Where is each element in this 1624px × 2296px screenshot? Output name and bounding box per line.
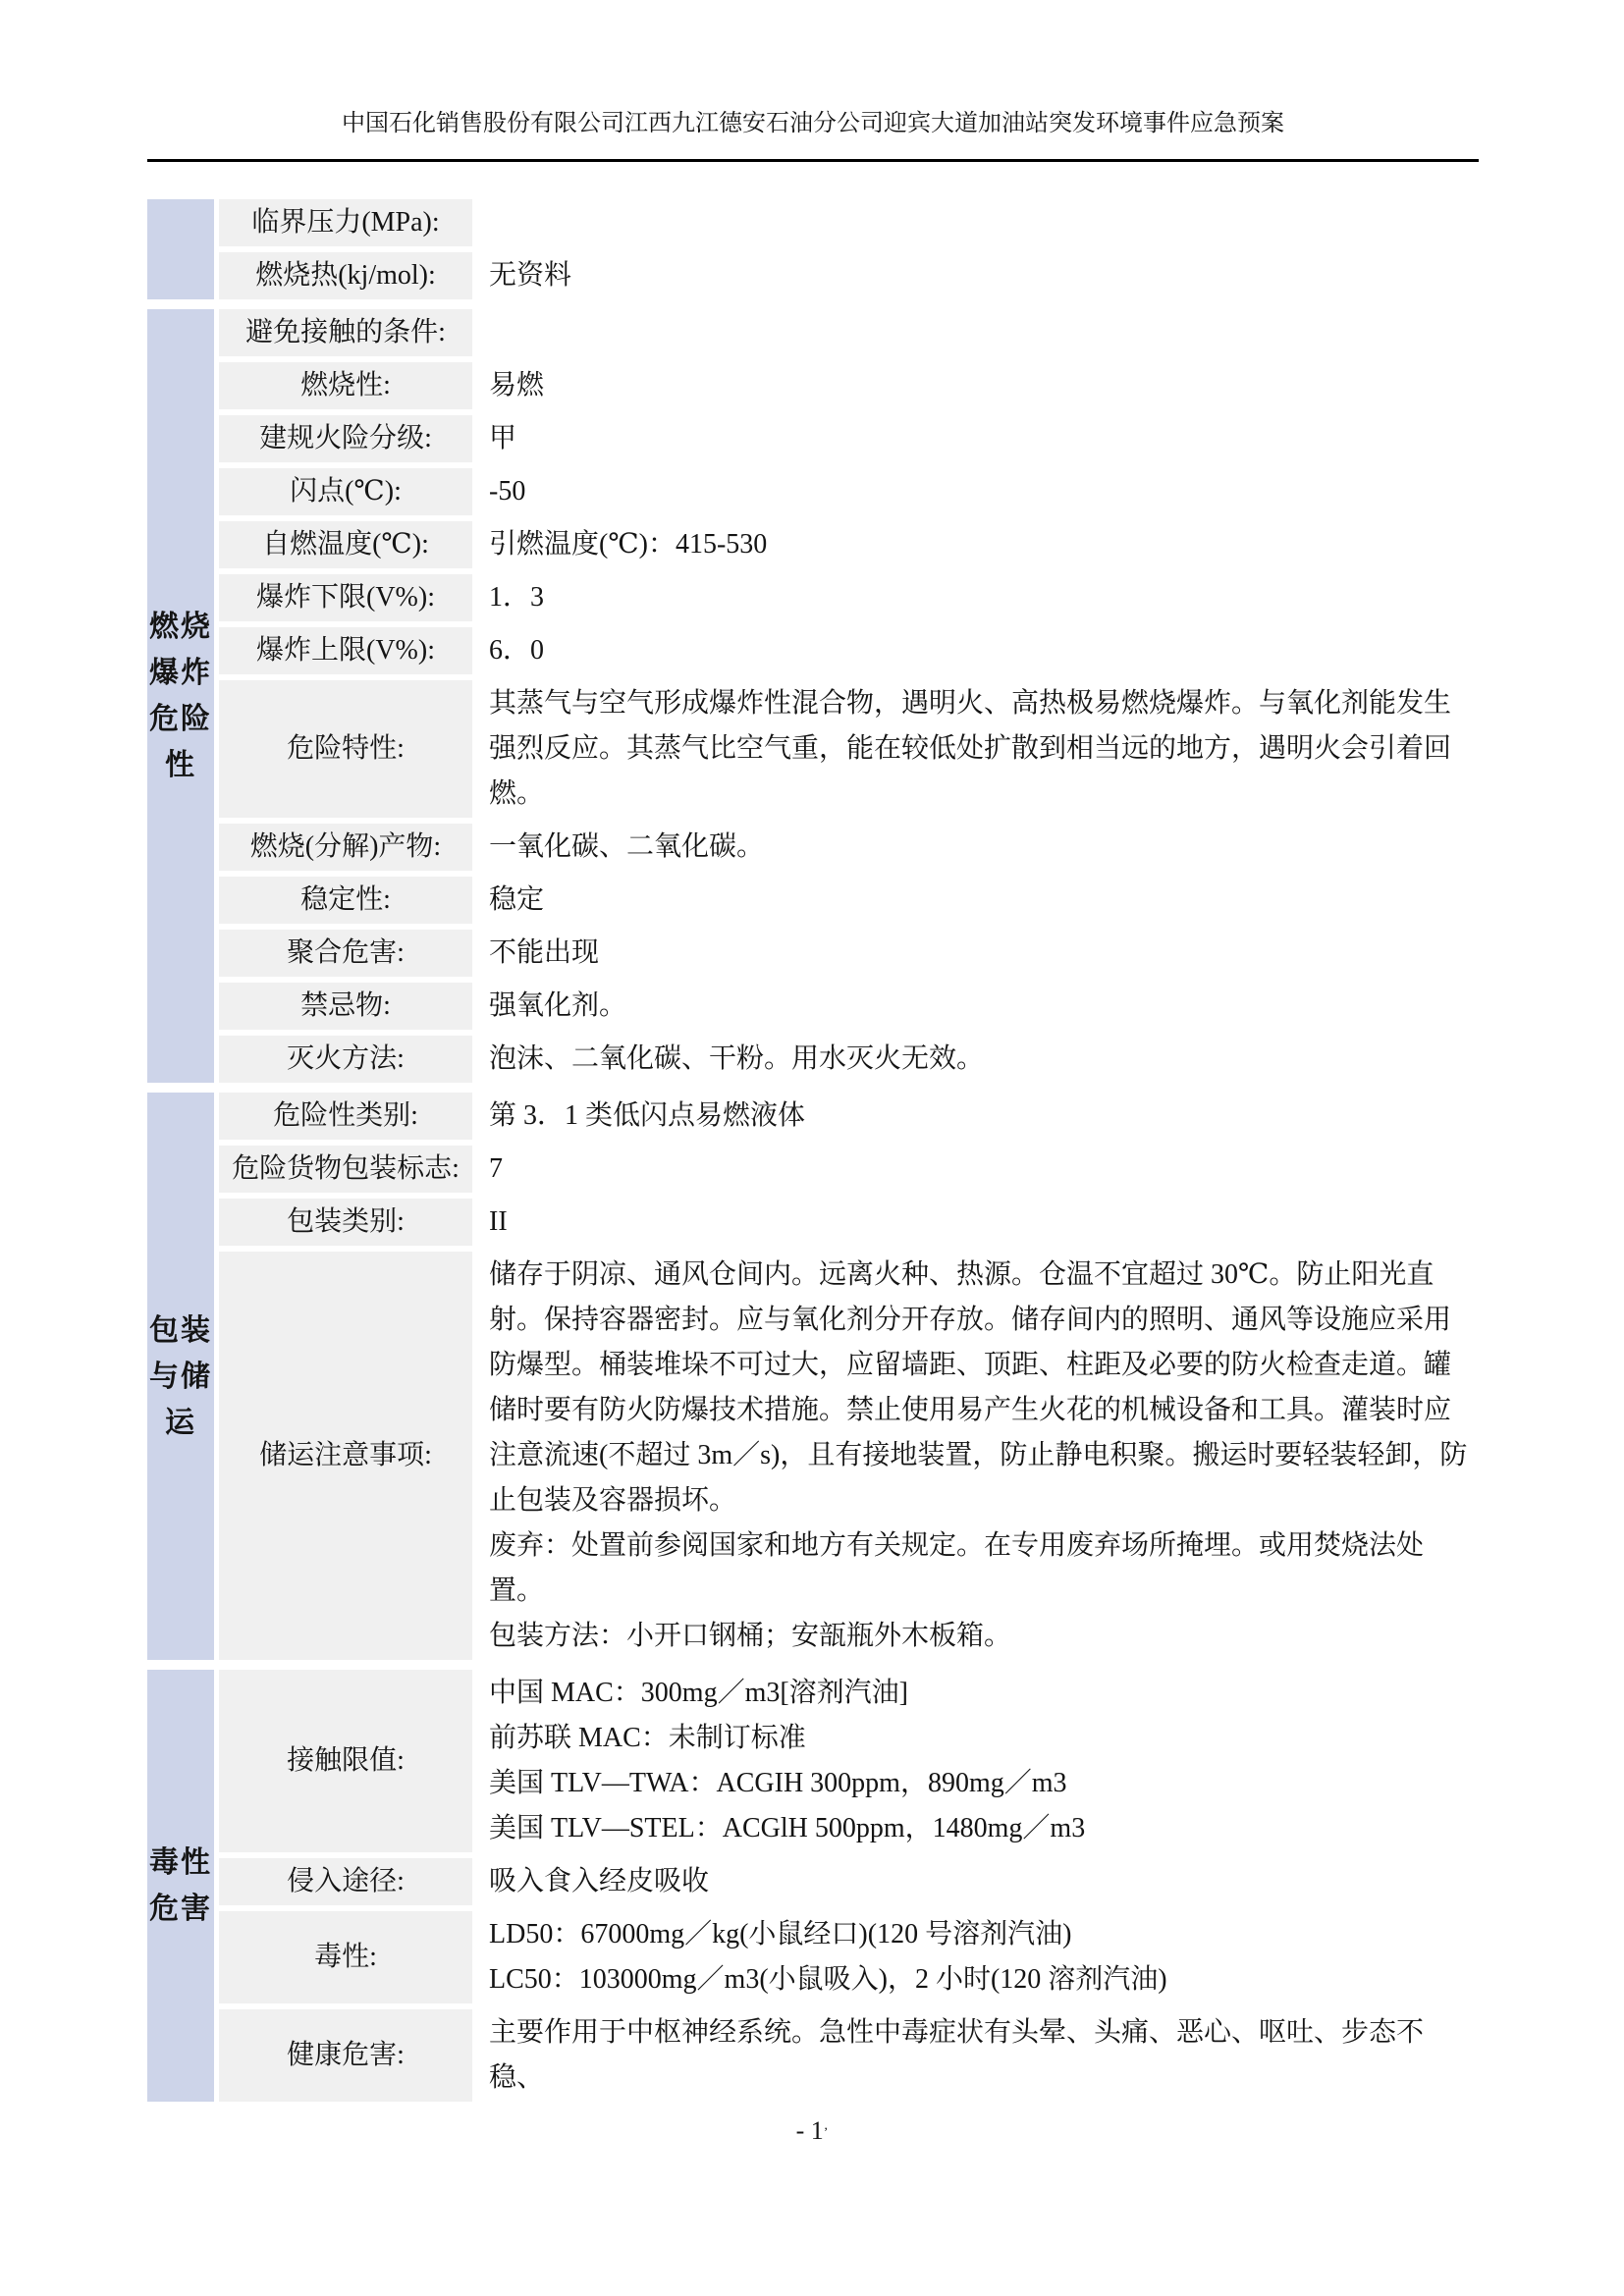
table-row: 燃烧性:易燃 [219, 362, 1479, 409]
row-value-line: 稳定 [489, 878, 1473, 923]
row-value-line: 储存于阴凉、通风仓间内。远离火种、热源。仓温不宜超过 30℃。防止阳光直射。保持… [489, 1253, 1473, 1523]
row-value: 主要作用于中枢神经系统。急性中毒症状有头晕、头痛、恶心、呕吐、步态不稳、 [472, 2009, 1479, 2102]
section-rows: 接触限值:中国 MAC：300mg／m3[溶剂汽油]前苏联 MAC：未制订标准美… [219, 1670, 1479, 2102]
row-value-line: -50 [489, 469, 1473, 514]
table-row: 燃烧热(kj/mol):无资料 [219, 252, 1479, 299]
section-category-line: 危害 [149, 1886, 212, 1932]
row-value-line: LD50：67000mg／kg(小鼠经口)(120 号溶剂汽油) [489, 1912, 1473, 1957]
row-label: 建规火险分级: [219, 415, 472, 462]
row-value-line: 美国 TLV—STEL：ACGlH 500ppm，1480mg／m3 [489, 1806, 1473, 1851]
msds-table: 临界压力(MPa):燃烧热(kj/mol):无资料燃烧爆炸危险性避免接触的条件:… [147, 199, 1479, 2102]
row-value-line: 其蒸气与空气形成爆炸性混合物，遇明火、高热极易燃烧爆炸。与氧化剂能发生强烈反应。… [489, 681, 1473, 817]
row-value: 不能出现 [472, 930, 1479, 977]
table-row: 危险性类别:第 3．1 类低闪点易燃液体 [219, 1093, 1479, 1140]
table-row: 危险特性:其蒸气与空气形成爆炸性混合物，遇明火、高热极易燃烧爆炸。与氧化剂能发生… [219, 680, 1479, 818]
row-value-line: 前苏联 MAC：未制订标准 [489, 1716, 1473, 1761]
section-category-line: 与储 [149, 1354, 212, 1400]
section-category-cell: 毒性危害 [147, 1670, 214, 2102]
table-row: 接触限值:中国 MAC：300mg／m3[溶剂汽油]前苏联 MAC：未制订标准美… [219, 1670, 1479, 1852]
row-label: 储运注意事项: [219, 1252, 472, 1660]
row-value: 第 3．1 类低闪点易燃液体 [472, 1093, 1479, 1140]
page-footer: - 1‚ [0, 2116, 1624, 2146]
table-row: 健康危害:主要作用于中枢神经系统。急性中毒症状有头晕、头痛、恶心、呕吐、步态不稳… [219, 2009, 1479, 2102]
row-value-line: 甲 [489, 416, 1473, 461]
row-value-line: 引燃温度(℃)：415-530 [489, 522, 1473, 567]
row-label: 稳定性: [219, 877, 472, 924]
row-value-line: 主要作用于中枢神经系统。急性中毒症状有头晕、头痛、恶心、呕吐、步态不稳、 [489, 2010, 1473, 2101]
row-value-line: 强氧化剂。 [489, 984, 1473, 1029]
table-row: 爆炸下限(V%):1．3 [219, 574, 1479, 621]
section-rows: 避免接触的条件:燃烧性:易燃建规火险分级:甲闪点(℃):-50自燃温度(℃):引… [219, 309, 1479, 1083]
table-section: 毒性危害接触限值:中国 MAC：300mg／m3[溶剂汽油]前苏联 MAC：未制… [147, 1670, 1479, 2102]
row-label: 闪点(℃): [219, 468, 472, 515]
row-value-line: 6．0 [489, 628, 1473, 673]
row-value-line: 中国 MAC：300mg／m3[溶剂汽油] [489, 1671, 1473, 1716]
row-value-line: 包装方法：小开口钢桶；安瓿瓶外木板箱。 [489, 1614, 1473, 1659]
document-header-title: 中国石化销售股份有限公司江西九江德安石油分公司迎宾大道加油站突发环境事件应急预案 [147, 108, 1479, 139]
row-value: 稳定 [472, 877, 1479, 924]
document-page: 中国石化销售股份有限公司江西九江德安石油分公司迎宾大道加油站突发环境事件应急预案… [0, 0, 1624, 2296]
table-row: 毒性:LD50：67000mg／kg(小鼠经口)(120 号溶剂汽油)LC50：… [219, 1911, 1479, 2003]
row-value: 泡沫、二氧化碳、干粉。用水灭火无效。 [472, 1036, 1479, 1083]
row-label: 侵入途径: [219, 1858, 472, 1905]
row-value: 吸入食入经皮吸收 [472, 1858, 1479, 1905]
table-row: 稳定性:稳定 [219, 877, 1479, 924]
row-label: 避免接触的条件: [219, 309, 472, 356]
page-number-trailing-mark: ‚ [824, 2118, 829, 2133]
table-row: 聚合危害:不能出现 [219, 930, 1479, 977]
row-value-line: II [489, 1200, 1473, 1245]
row-value: -50 [472, 468, 1479, 515]
row-label: 健康危害: [219, 2009, 472, 2102]
row-label: 爆炸下限(V%): [219, 574, 472, 621]
row-value: 引燃温度(℃)：415-530 [472, 521, 1479, 568]
table-row: 爆炸上限(V%):6．0 [219, 627, 1479, 674]
table-row: 危险货物包装标志:7 [219, 1146, 1479, 1193]
table-section: 临界压力(MPa):燃烧热(kj/mol):无资料 [147, 199, 1479, 299]
row-label: 包装类别: [219, 1199, 472, 1246]
section-category-cell: 燃烧爆炸危险性 [147, 309, 214, 1083]
table-row: 侵入途径:吸入食入经皮吸收 [219, 1858, 1479, 1905]
page-number: - 1 [796, 2116, 824, 2145]
row-value: 甲 [472, 415, 1479, 462]
row-label: 灭火方法: [219, 1036, 472, 1083]
section-category-cell: 包装与储运 [147, 1093, 214, 1660]
table-row: 自燃温度(℃):引燃温度(℃)：415-530 [219, 521, 1479, 568]
row-label: 爆炸上限(V%): [219, 627, 472, 674]
row-label: 毒性: [219, 1911, 472, 2003]
section-rows: 临界压力(MPa):燃烧热(kj/mol):无资料 [219, 199, 1479, 299]
table-section: 包装与储运危险性类别:第 3．1 类低闪点易燃液体危险货物包装标志:7包装类别:… [147, 1093, 1479, 1660]
row-label: 接触限值: [219, 1670, 472, 1852]
row-value: 1．3 [472, 574, 1479, 621]
row-label: 禁忌物: [219, 983, 472, 1030]
row-value-line: LC50：103000mg／m3(小鼠吸入)，2 小时(120 溶剂汽油) [489, 1957, 1473, 2002]
row-value-line: 美国 TLV—TWA：ACGIH 300ppm，890mg／m3 [489, 1761, 1473, 1806]
row-value-line: 不能出现 [489, 931, 1473, 976]
row-value: 易燃 [472, 362, 1479, 409]
row-value-line: 易燃 [489, 363, 1473, 408]
row-value: 其蒸气与空气形成爆炸性混合物，遇明火、高热极易燃烧爆炸。与氧化剂能发生强烈反应。… [472, 680, 1479, 818]
row-value: LD50：67000mg／kg(小鼠经口)(120 号溶剂汽油)LC50：103… [472, 1911, 1479, 2003]
row-value: 强氧化剂。 [472, 983, 1479, 1030]
row-value-line: 第 3．1 类低闪点易燃液体 [489, 1094, 1473, 1139]
table-row: 闪点(℃):-50 [219, 468, 1479, 515]
section-rows: 危险性类别:第 3．1 类低闪点易燃液体危险货物包装标志:7包装类别:II储运注… [219, 1093, 1479, 1660]
row-value: II [472, 1199, 1479, 1246]
row-label: 燃烧性: [219, 362, 472, 409]
row-value: 无资料 [472, 252, 1479, 299]
section-category-line: 运 [165, 1400, 196, 1446]
table-row: 储运注意事项:储存于阴凉、通风仓间内。远离火种、热源。仓温不宜超过 30℃。防止… [219, 1252, 1479, 1660]
table-row: 临界压力(MPa): [219, 199, 1479, 246]
section-category-cell [147, 199, 214, 299]
table-row: 禁忌物:强氧化剂。 [219, 983, 1479, 1030]
table-row: 燃烧(分解)产物:一氧化碳、二氧化碳。 [219, 824, 1479, 871]
table-row: 建规火险分级:甲 [219, 415, 1479, 462]
row-label: 危险特性: [219, 680, 472, 818]
row-label: 聚合危害: [219, 930, 472, 977]
row-value: 7 [472, 1146, 1479, 1193]
row-label: 危险性类别: [219, 1093, 472, 1140]
row-value [472, 199, 1479, 246]
row-label: 自燃温度(℃): [219, 521, 472, 568]
table-row: 灭火方法:泡沫、二氧化碳、干粉。用水灭火无效。 [219, 1036, 1479, 1083]
row-value-line: 7 [489, 1147, 1473, 1192]
section-category-line: 燃烧 [149, 604, 212, 650]
section-category-line: 包装 [149, 1308, 212, 1354]
section-category-line: 性 [165, 742, 196, 788]
row-value-line: 吸入食入经皮吸收 [489, 1859, 1473, 1904]
table-row: 包装类别:II [219, 1199, 1479, 1246]
row-value: 中国 MAC：300mg／m3[溶剂汽油]前苏联 MAC：未制订标准美国 TLV… [472, 1670, 1479, 1852]
row-label: 临界压力(MPa): [219, 199, 472, 246]
header-rule [147, 159, 1479, 162]
row-value-line: 废弃：处置前参阅国家和地方有关规定。在专用废弃场所掩埋。或用焚烧法处置。 [489, 1523, 1473, 1614]
row-value-line: 1．3 [489, 575, 1473, 620]
table-section: 燃烧爆炸危险性避免接触的条件:燃烧性:易燃建规火险分级:甲闪点(℃):-50自燃… [147, 309, 1479, 1083]
row-value: 一氧化碳、二氧化碳。 [472, 824, 1479, 871]
row-value: 6．0 [472, 627, 1479, 674]
section-category-line: 爆炸 [149, 650, 212, 696]
section-category-line: 毒性 [149, 1840, 212, 1886]
row-label: 危险货物包装标志: [219, 1146, 472, 1193]
row-value: 储存于阴凉、通风仓间内。远离火种、热源。仓温不宜超过 30℃。防止阳光直射。保持… [472, 1252, 1479, 1660]
row-value-line: 无资料 [489, 253, 1473, 298]
row-value [472, 309, 1479, 356]
row-label: 燃烧(分解)产物: [219, 824, 472, 871]
row-label: 燃烧热(kj/mol): [219, 252, 472, 299]
row-value-line: 泡沫、二氧化碳、干粉。用水灭火无效。 [489, 1037, 1473, 1082]
section-category-line: 危险 [149, 696, 212, 742]
table-row: 避免接触的条件: [219, 309, 1479, 356]
row-value-line: 一氧化碳、二氧化碳。 [489, 825, 1473, 870]
